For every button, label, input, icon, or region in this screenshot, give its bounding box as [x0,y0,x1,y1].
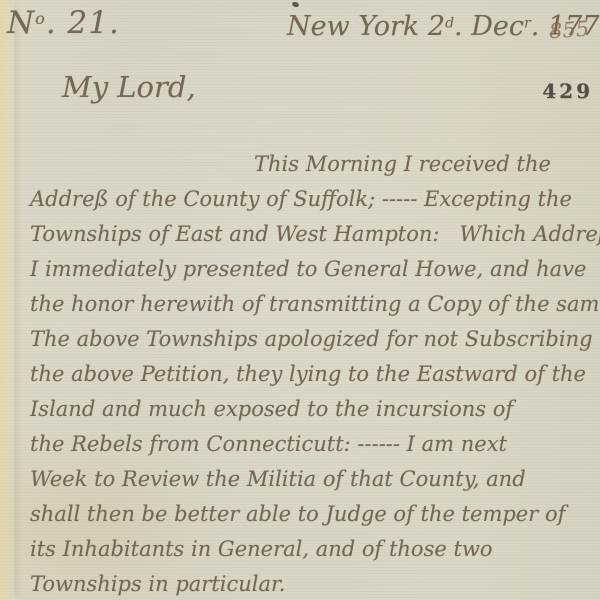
body-line: The above Townships apologized for not S… [30,322,596,357]
document-number: No. 21. [7,5,120,41]
body-line: its Inhabitants in General, and of those… [30,532,596,567]
body-line: This Morning I received the [30,147,596,182]
body-line: Townships in particular. [30,567,596,600]
document-number-rest: . 21. [46,5,120,41]
dateline-month: . Dec [454,11,524,42]
document-number-base: N [7,5,35,41]
letter-body: This Morning I received theAddreß of the… [30,147,596,600]
dateline-place-day: New York 2 [287,11,445,42]
body-line: shall then be better able to Judge of th… [30,497,596,532]
document-number-superscript: o [35,9,46,28]
body-line: Addreß of the County of Suffolk; ----- E… [30,182,596,217]
salutation: My Lord, [62,70,196,104]
dateline-month-superscript: r [524,15,531,31]
dateline-day-superscript: d [445,15,454,31]
body-line: Week to Review the Militia of that Count… [30,462,596,497]
body-line: the above Petition, they lying to the Ea… [30,357,596,392]
body-line: the Rebels from Connecticutt: ------ I a… [30,427,596,462]
body-line: the honor herewith of transmitting a Cop… [30,287,596,322]
page-number-stamp: 429 [542,79,593,103]
archive-number: 855 [548,17,590,44]
body-line: Townships of East and West Hampton: Whic… [30,217,596,252]
page-left-edge [0,0,14,600]
body-line: I immediately presented to General Howe,… [30,252,596,287]
body-line: Island and much exposed to the incursion… [30,392,596,427]
